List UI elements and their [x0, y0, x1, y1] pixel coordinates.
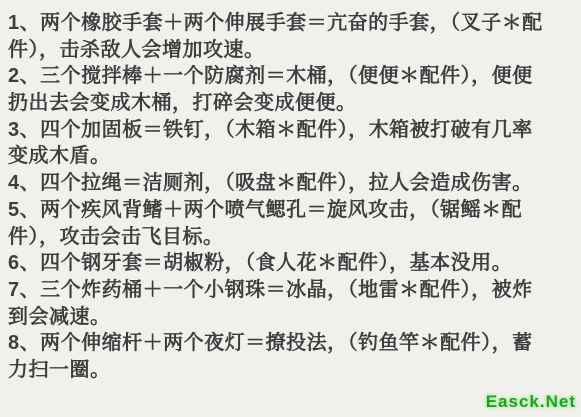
recipe-2-line-2: 扔出去会变成木桶，打碎会变成便便。 — [8, 90, 577, 117]
recipe-4-line-1: 4、四个拉绳＝洁厕剂，（吸盘＊配件），拉人会造成伤害。 — [8, 170, 577, 197]
recipe-7-line-2: 到会减速。 — [8, 304, 577, 331]
recipe-6-line-1: 6、四个钢牙套＝胡椒粉，（食人花＊配件），基本没用。 — [8, 250, 577, 277]
recipe-5-line-2: 件），攻击会击飞目标。 — [8, 224, 577, 251]
recipe-2-line-1: 2、三个搅拌棒＋一个防腐剂＝木桶，（便便＊配件），便便 — [8, 63, 577, 90]
recipe-5-line-1: 5、两个疾风背鳍＋两个喷气鳃孔＝旋风攻击，（锯鳐＊配 — [8, 197, 577, 224]
recipe-1-line-1: 1、两个橡胶手套＋两个伸展手套＝亢奋的手套，（叉子＊配 — [8, 10, 577, 37]
recipe-3-line-2: 变成木盾。 — [8, 143, 577, 170]
recipe-list: 1、两个橡胶手套＋两个伸展手套＝亢奋的手套，（叉子＊配 件），击杀敌人会增加攻速… — [8, 10, 577, 384]
recipe-7-line-1: 7、三个炸药桶＋一个小钢珠＝冰晶，（地雷＊配件），被炸 — [8, 277, 577, 304]
recipe-1-line-2: 件），击杀敌人会增加攻速。 — [8, 37, 577, 64]
recipe-8-line-1: 8、两个伸缩杆＋两个夜灯＝撩投法，（钓鱼竿＊配件），蓄 — [8, 330, 577, 357]
recipe-3-line-1: 3、四个加固板＝铁钉，（木箱＊配件），木箱被打破有几率 — [8, 117, 577, 144]
watermark-easck-net: Easck.Net — [486, 392, 576, 412]
document-page: 1、两个橡胶手套＋两个伸展手套＝亢奋的手套，（叉子＊配 件），击杀敌人会增加攻速… — [0, 0, 581, 417]
recipe-8-line-2: 力扫一圈。 — [8, 357, 577, 384]
